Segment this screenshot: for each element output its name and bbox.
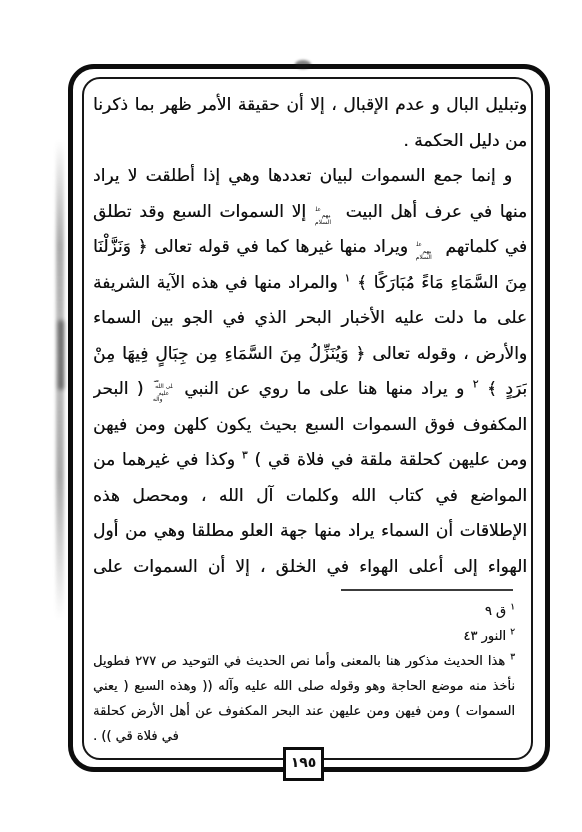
paragraph: و إنما جمع السموات لبيان تعددها وهي إذا … — [93, 159, 527, 588]
body-text-run: وتبليل البال و عدم الإقبال ، إلا أن حقيق… — [93, 95, 527, 151]
footnote: ٢ النور ٤٣ — [93, 624, 515, 649]
footnote-text: النور ٤٣ — [463, 629, 510, 644]
page-number: ١٩٥ — [291, 755, 317, 771]
page-number-box: ١٩٥ — [283, 747, 324, 781]
footnote-text: ق ٩ — [485, 604, 510, 619]
book-page: وتبليل البال و عدم الإقبال ، إلا أن حقيق… — [0, 0, 582, 832]
body-text-run: وكذا في غيرهما من المواضع في كتاب الله و… — [93, 450, 527, 588]
footnote-separator — [341, 589, 513, 591]
body-text: وتبليل البال و عدم الإقبال ، إلا أن حقيق… — [93, 88, 527, 588]
honorific-stamp: عليهم السلام — [416, 242, 438, 262]
footnote-ref: ١ — [344, 271, 350, 284]
footnote-text: هذا الحديث مذكور هنا بالمعنى وأما نص الح… — [93, 654, 515, 744]
footnotes: ١ ق ٩٢ النور ٤٣٣ هذا الحديث مذكور هنا با… — [93, 599, 527, 749]
honorific-stamp: صلى الله عليه وآله — [153, 378, 175, 404]
footnote: ١ ق ٩ — [93, 599, 515, 624]
footnote-marker: ٢ — [510, 628, 515, 638]
body-text-run: و يراد منها هنا على ما روي عن النبي — [184, 379, 464, 399]
paragraph: وتبليل البال و عدم الإقبال ، إلا أن حقيق… — [93, 88, 527, 159]
honorific-stamp: عليهم السلام — [315, 207, 337, 227]
body-text-run: ويراد منها غيرها كما في قوله تعالى — [154, 237, 408, 257]
footnote: ٣ هذا الحديث مذكور هنا بالمعنى وأما نص ا… — [93, 649, 515, 749]
scan-artifact — [58, 320, 64, 390]
scan-artifact — [295, 60, 311, 69]
footnote-marker: ١ — [510, 603, 515, 613]
footnote-marker: ٣ — [510, 653, 515, 663]
footnote-ref: ٣ — [242, 448, 248, 461]
footnote-ref: ٢ — [473, 377, 479, 390]
